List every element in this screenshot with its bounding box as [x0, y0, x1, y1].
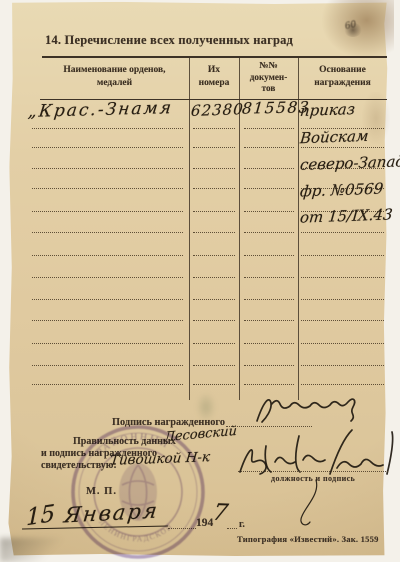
signature-tail-flourish — [296, 478, 322, 528]
year-dotted-line — [227, 528, 237, 529]
entry-basis-line: северо-Запад. — [299, 152, 400, 174]
stamp-bottom-arc-text: ЛЕНИНГРАДСКОЙ — [97, 518, 175, 544]
entry-basis-line: Войскам — [299, 126, 369, 146]
awardee-signature-ink — [253, 391, 359, 429]
svg-text:ЛЕНИНГРАДСКОЙ: ЛЕНИНГРАДСКОЙ — [97, 518, 175, 544]
date-day-handwriting: 15 — [26, 501, 55, 532]
award-record-book-page: 60 14. Перечисление всех полученных нагр… — [0, 0, 400, 562]
official-round-stamp: РАЙОННЫЙ ЛЕНИНГРАДСКОЙ — [68, 423, 208, 562]
printer-imprint: Типография «Известий». Зак. 1559 — [237, 534, 379, 544]
entry-basis-line: фр. №0569 — [299, 179, 384, 200]
position-dotted-line — [238, 471, 388, 472]
year-suffix: г. — [239, 519, 245, 530]
official-signature-ink — [236, 428, 394, 480]
entry-basis-line: от 15/IX.43 — [299, 205, 393, 226]
entry-basis-line: приказ — [299, 100, 356, 120]
